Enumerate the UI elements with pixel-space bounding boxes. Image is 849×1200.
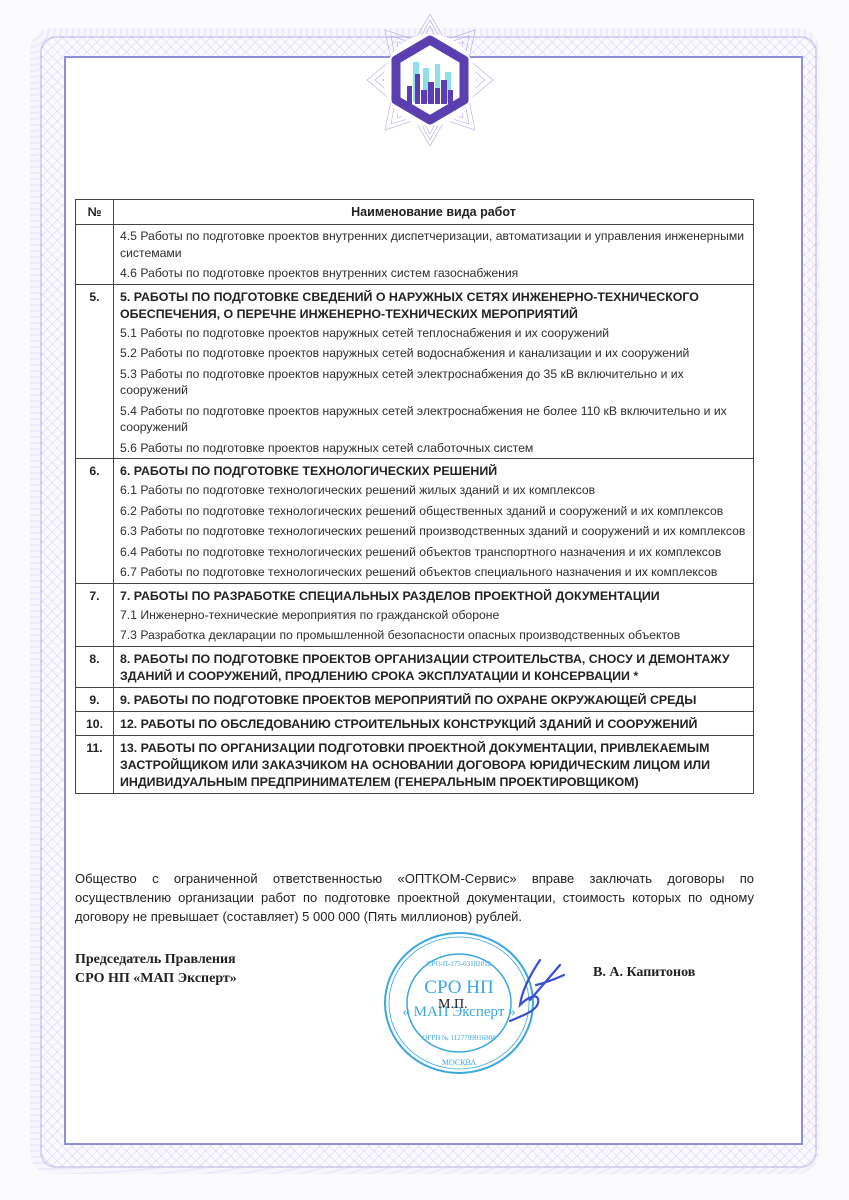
table-header-row: № Наименование вида работ [76,200,754,225]
work-name-cell: 4.5 Работы по подготовке проектов внутре… [114,225,754,285]
section-title: 12. РАБОТЫ ПО ОБСЛЕДОВАНИЮ СТРОИТЕЛЬНЫХ … [120,714,747,734]
seal-place-mark: М.П. [438,997,468,1013]
signatory-organization: СРО НП «МАП Эксперт» [75,969,237,988]
work-name-cell: 13. РАБОТЫ ПО ОРГАНИЗАЦИИ ПОДГОТОВКИ ПРО… [114,735,754,793]
work-sub-item: 6.2 Работы по подготовке технологических… [120,502,747,521]
section-title: 8. РАБОТЫ ПО ПОДГОТОВКЕ ПРОЕКТОВ ОРГАНИЗ… [120,649,747,686]
row-number: 7. [76,584,113,605]
stamp-ogrn: ОГРН № 1127799016808 [422,1034,496,1042]
work-sub-item: 5.2 Работы по подготовке проектов наружн… [120,344,747,363]
row-number-cell: 11. [76,735,114,793]
signatory-position-title: Председатель Правления [75,950,237,969]
table-row: 6.6. РАБОТЫ ПО ПОДГОТОВКЕ ТЕХНОЛОГИЧЕСКИ… [76,459,754,584]
work-name-cell: 6. РАБОТЫ ПО ПОДГОТОВКЕ ТЕХНОЛОГИЧЕСКИХ … [114,459,754,584]
row-number-cell: 8. [76,646,114,687]
stamp-registry: СРО-П-175-03102012 [427,960,492,968]
table-row: 10.12. РАБОТЫ ПО ОБСЛЕДОВАНИЮ СТРОИТЕЛЬН… [76,711,754,735]
section-title: 13. РАБОТЫ ПО ОРГАНИЗАЦИИ ПОДГОТОВКИ ПРО… [120,738,747,792]
work-name-cell: 5. РАБОТЫ ПО ПОДГОТОВКЕ СВЕДЕНИЙ О НАРУЖ… [114,284,754,459]
row-number-cell: 5. [76,284,114,459]
work-sub-item: 7.3 Разработка декларации по промышленно… [120,626,747,645]
row-number-cell: 7. [76,583,114,646]
work-name-cell: 12. РАБОТЫ ПО ОБСЛЕДОВАНИЮ СТРОИТЕЛЬНЫХ … [114,711,754,735]
work-name-cell: 9. РАБОТЫ ПО ПОДГОТОВКЕ ПРОЕКТОВ МЕРОПРИ… [114,687,754,711]
section-title: 5. РАБОТЫ ПО ПОДГОТОВКЕ СВЕДЕНИЙ О НАРУЖ… [120,287,747,324]
row-number: 11. [76,736,113,757]
work-name-cell: 7. РАБОТЫ ПО РАЗРАБОТКЕ СПЕЦИАЛЬНЫХ РАЗД… [114,583,754,646]
row-number [76,225,113,229]
table-row: 4.5 Работы по подготовке проектов внутре… [76,225,754,285]
table-row: 7.7. РАБОТЫ ПО РАЗРАБОТКЕ СПЕЦИАЛЬНЫХ РА… [76,583,754,646]
row-number-cell: 9. [76,687,114,711]
column-header-number: № [76,200,114,225]
signatory-position: Председатель Правления СРО НП «МАП Экспе… [75,950,237,988]
work-sub-item: 5.1 Работы по подготовке проектов наружн… [120,324,747,343]
column-header-work-name: Наименование вида работ [114,200,754,225]
organization-emblem-icon [365,10,495,150]
work-sub-item: 6.4 Работы по подготовке технологических… [120,543,747,562]
row-number-cell [76,225,114,285]
row-number-cell: 6. [76,459,114,584]
contract-limit-statement: Общество с ограниченной ответственностью… [75,869,754,926]
table-row: 11.13. РАБОТЫ ПО ОРГАНИЗАЦИИ ПОДГОТОВКИ … [76,735,754,793]
work-sub-item: 4.6 Работы по подготовке проектов внутре… [120,264,747,283]
section-title: 9. РАБОТЫ ПО ПОДГОТОВКЕ ПРОЕКТОВ МЕРОПРИ… [120,690,747,710]
row-number: 6. [76,459,113,480]
section-title: 6. РАБОТЫ ПО ПОДГОТОВКЕ ТЕХНОЛОГИЧЕСКИХ … [120,461,747,481]
row-number: 8. [76,647,113,668]
row-number: 5. [76,285,113,306]
work-sub-item: 6.3 Работы по подготовке технологических… [120,522,747,541]
stamp-center-line1: СРО НП [424,977,494,998]
table-row: 5.5. РАБОТЫ ПО ПОДГОТОВКЕ СВЕДЕНИЙ О НАР… [76,284,754,459]
work-sub-item: 4.5 Работы по подготовке проектов внутре… [120,227,747,262]
work-sub-item: 6.7 Работы по подготовке технологических… [120,563,747,582]
works-table: № Наименование вида работ 4.5 Работы по … [75,199,754,794]
row-number: 9. [76,688,113,709]
work-sub-item: 5.3 Работы по подготовке проектов наружн… [120,365,747,400]
section-title: 7. РАБОТЫ ПО РАЗРАБОТКЕ СПЕЦИАЛЬНЫХ РАЗД… [120,586,747,606]
row-number: 10. [76,712,113,733]
signatory-name: В. А. Капитонов [593,965,695,981]
work-sub-item: 7.1 Инженерно-технические мероприятия по… [120,606,747,625]
work-name-cell: 8. РАБОТЫ ПО ПОДГОТОВКЕ ПРОЕКТОВ ОРГАНИЗ… [114,646,754,687]
table-row: 9.9. РАБОТЫ ПО ПОДГОТОВКЕ ПРОЕКТОВ МЕРОП… [76,687,754,711]
work-sub-item: 5.6 Работы по подготовке проектов наружн… [120,439,747,458]
handwritten-signature-icon [500,955,570,1025]
table-row: 8.8. РАБОТЫ ПО ПОДГОТОВКЕ ПРОЕКТОВ ОРГАН… [76,646,754,687]
work-sub-item: 5.4 Работы по подготовке проектов наружн… [120,402,747,437]
work-sub-item: 6.1 Работы по подготовке технологических… [120,481,747,500]
stamp-city: МОСКВА [442,1058,476,1067]
row-number-cell: 10. [76,711,114,735]
table-body: 4.5 Работы по подготовке проектов внутре… [76,225,754,794]
